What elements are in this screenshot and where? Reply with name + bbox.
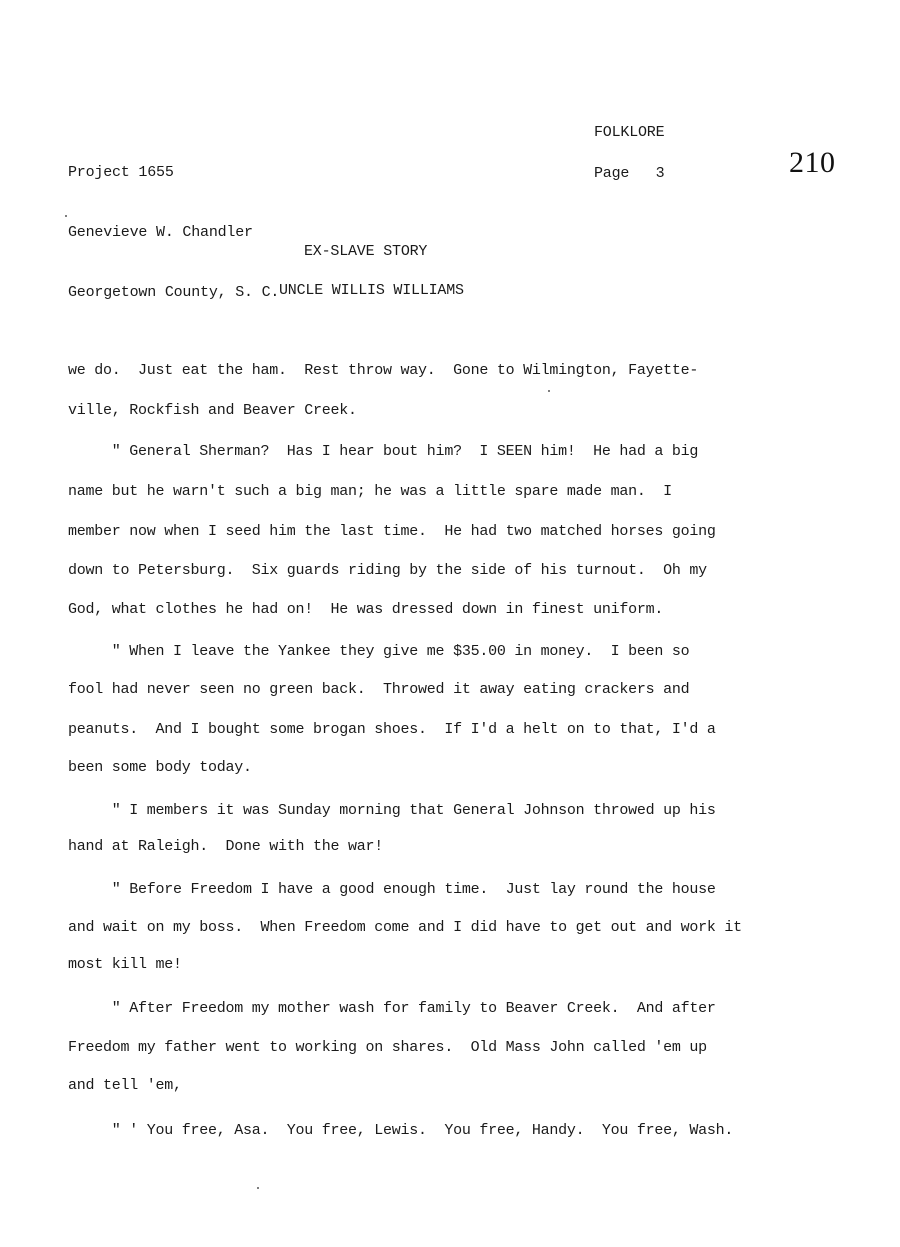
body-line: " Before Freedom I have a good enough ti… bbox=[68, 880, 716, 900]
body-line: most kill me! bbox=[68, 955, 182, 975]
body-line: and tell 'em, bbox=[68, 1076, 182, 1096]
body-line: " When I leave the Yankee they give me $… bbox=[68, 642, 689, 662]
subject-title: UNCLE WILLIS WILLIAMS bbox=[279, 281, 464, 301]
project-number: Project 1655 bbox=[68, 163, 279, 183]
body-line: peanuts. And I bought some brogan shoes.… bbox=[68, 720, 716, 740]
body-line: and wait on my boss. When Freedom come a… bbox=[68, 918, 742, 938]
body-line: fool had never seen no green back. Throw… bbox=[68, 680, 689, 700]
header-left-block: Project 1655 Genevieve W. Chandler Georg… bbox=[68, 123, 279, 343]
page-label: Page 3 bbox=[594, 164, 664, 184]
body-line: ville, Rockfish and Beaver Creek. bbox=[68, 401, 357, 421]
body-line: " After Freedom my mother wash for famil… bbox=[68, 999, 716, 1019]
category-label: FOLKLORE bbox=[594, 123, 664, 143]
body-line: been some body today. bbox=[68, 758, 252, 778]
scan-speck bbox=[548, 390, 550, 392]
scan-speck bbox=[65, 215, 67, 217]
body-line: God, what clothes he had on! He was dres… bbox=[68, 600, 663, 620]
body-line: down to Petersburg. Six guards riding by… bbox=[68, 561, 707, 581]
document-page: Project 1655 Genevieve W. Chandler Georg… bbox=[0, 0, 900, 1247]
body-line: hand at Raleigh. Done with the war! bbox=[68, 837, 383, 857]
folio-number: 210 bbox=[789, 146, 836, 180]
body-line: " General Sherman? Has I hear bout him? … bbox=[68, 442, 698, 462]
body-line: " I members it was Sunday morning that G… bbox=[68, 801, 716, 821]
author-name: Genevieve W. Chandler bbox=[68, 223, 279, 243]
scan-speck bbox=[257, 1187, 259, 1189]
county-location: Georgetown County, S. C. bbox=[68, 283, 279, 303]
body-line: we do. Just eat the ham. Rest throw way.… bbox=[68, 361, 698, 381]
body-line: member now when I seed him the last time… bbox=[68, 522, 716, 542]
body-line: name but he warn't such a big man; he wa… bbox=[68, 482, 672, 502]
story-type-title: EX-SLAVE STORY bbox=[304, 242, 427, 262]
body-line: Freedom my father went to working on sha… bbox=[68, 1038, 707, 1058]
body-line: " ' You free, Asa. You free, Lewis. You … bbox=[68, 1121, 733, 1141]
